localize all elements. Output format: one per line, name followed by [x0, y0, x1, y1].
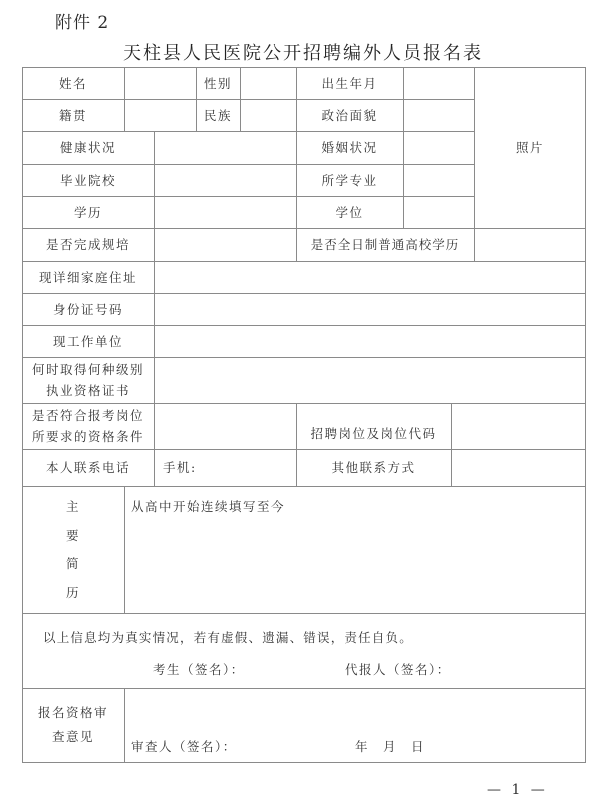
ethnicity-field[interactable]	[241, 99, 296, 131]
candidate-signature[interactable]: 考生（签名）：	[153, 660, 245, 678]
mobile-field[interactable]: 手机:	[163, 449, 296, 486]
resume-hint: 从高中开始连续填写至今	[131, 497, 285, 515]
marital-label: 婚姻状况	[296, 131, 403, 164]
fulltime-field[interactable]	[475, 228, 585, 261]
name-field[interactable]	[125, 67, 196, 99]
table-border-right	[585, 67, 586, 763]
resume-field[interactable]: 从高中开始连续填写至今	[125, 487, 585, 613]
table-border-bottom	[22, 762, 586, 763]
qualify-label-line2: 所要求的资格条件	[32, 426, 144, 447]
resume-char: 简	[66, 553, 80, 574]
address-label: 现详细家庭住址	[22, 261, 154, 293]
birth-field[interactable]	[404, 67, 474, 99]
form-title: 天柱县人民医院公开招聘编外人员报名表	[0, 39, 606, 65]
review-label-line1: 报名资格审	[38, 701, 108, 725]
review-label-line2: 查意见	[52, 725, 94, 749]
employer-field[interactable]	[155, 325, 585, 357]
proxy-signature[interactable]: 代报人（签名）：	[345, 660, 451, 678]
health-field[interactable]	[155, 131, 296, 164]
cert-field[interactable]	[155, 357, 585, 403]
photo-box[interactable]: 照片	[475, 67, 585, 228]
political-status-field[interactable]	[404, 99, 474, 131]
residency-training-field[interactable]	[155, 228, 296, 261]
position-label: 招聘岗位及岗位代码	[296, 403, 451, 449]
qualify-label-line1: 是否符合报考岗位	[32, 405, 144, 426]
review-date[interactable]: 年 月 日	[355, 737, 425, 755]
residency-training-label: 是否完成规培	[22, 228, 154, 261]
gender-label: 性别	[196, 67, 240, 99]
phone-label: 本人联系电话	[22, 449, 154, 486]
review-field[interactable]: 审查人（签名）： 年 月 日	[125, 689, 585, 762]
other-contact-field[interactable]	[452, 449, 585, 486]
fulltime-label: 是否全日制普通高校学历	[296, 228, 474, 261]
education-label: 学历	[22, 196, 154, 228]
resume-char: 历	[66, 582, 80, 603]
qualify-label: 是否符合报考岗位 所要求的资格条件	[22, 403, 154, 449]
declaration-text: 以上信息均为真实情况，若有虚假、遗漏、错误，责任自负。	[43, 628, 413, 646]
degree-field[interactable]	[404, 196, 474, 228]
native-place-field[interactable]	[125, 99, 196, 131]
school-field[interactable]	[155, 164, 296, 196]
resume-label: 主 要 简 历	[22, 486, 124, 613]
id-label: 身份证号码	[22, 293, 154, 325]
annex-label: 附件 2	[55, 8, 109, 33]
id-field[interactable]	[155, 293, 585, 325]
major-field[interactable]	[404, 164, 474, 196]
cert-label-line1: 何时取得何种级别	[32, 359, 144, 380]
other-contact-label: 其他联系方式	[296, 449, 451, 486]
cert-label-line2: 执业资格证书	[46, 380, 130, 401]
birth-label: 出生年月	[296, 67, 403, 99]
degree-label: 学位	[296, 196, 403, 228]
education-field[interactable]	[155, 196, 296, 228]
address-field[interactable]	[155, 261, 585, 293]
resume-char: 要	[66, 525, 80, 546]
employer-label: 现工作单位	[22, 325, 154, 357]
position-field[interactable]	[452, 403, 585, 449]
resume-char: 主	[66, 496, 80, 517]
marital-field[interactable]	[404, 131, 474, 164]
name-label: 姓名	[22, 67, 124, 99]
school-label: 毕业院校	[22, 164, 154, 196]
native-place-label: 籍贯	[22, 99, 124, 131]
cert-label: 何时取得何种级别 执业资格证书	[22, 357, 154, 403]
declaration-section: 以上信息均为真实情况，若有虚假、遗漏、错误，责任自负。 考生（签名）： 代报人（…	[23, 614, 585, 688]
health-label: 健康状况	[22, 131, 154, 164]
major-label: 所学专业	[296, 164, 403, 196]
reviewer-signature[interactable]: 审查人（签名）：	[131, 737, 237, 755]
political-status-label: 政治面貌	[296, 99, 403, 131]
gender-field[interactable]	[241, 67, 296, 99]
ethnicity-label: 民族	[196, 99, 240, 131]
page-number: — 1 —	[487, 782, 548, 798]
review-label: 报名资格审 查意见	[22, 688, 124, 762]
qualify-field[interactable]	[155, 403, 296, 449]
